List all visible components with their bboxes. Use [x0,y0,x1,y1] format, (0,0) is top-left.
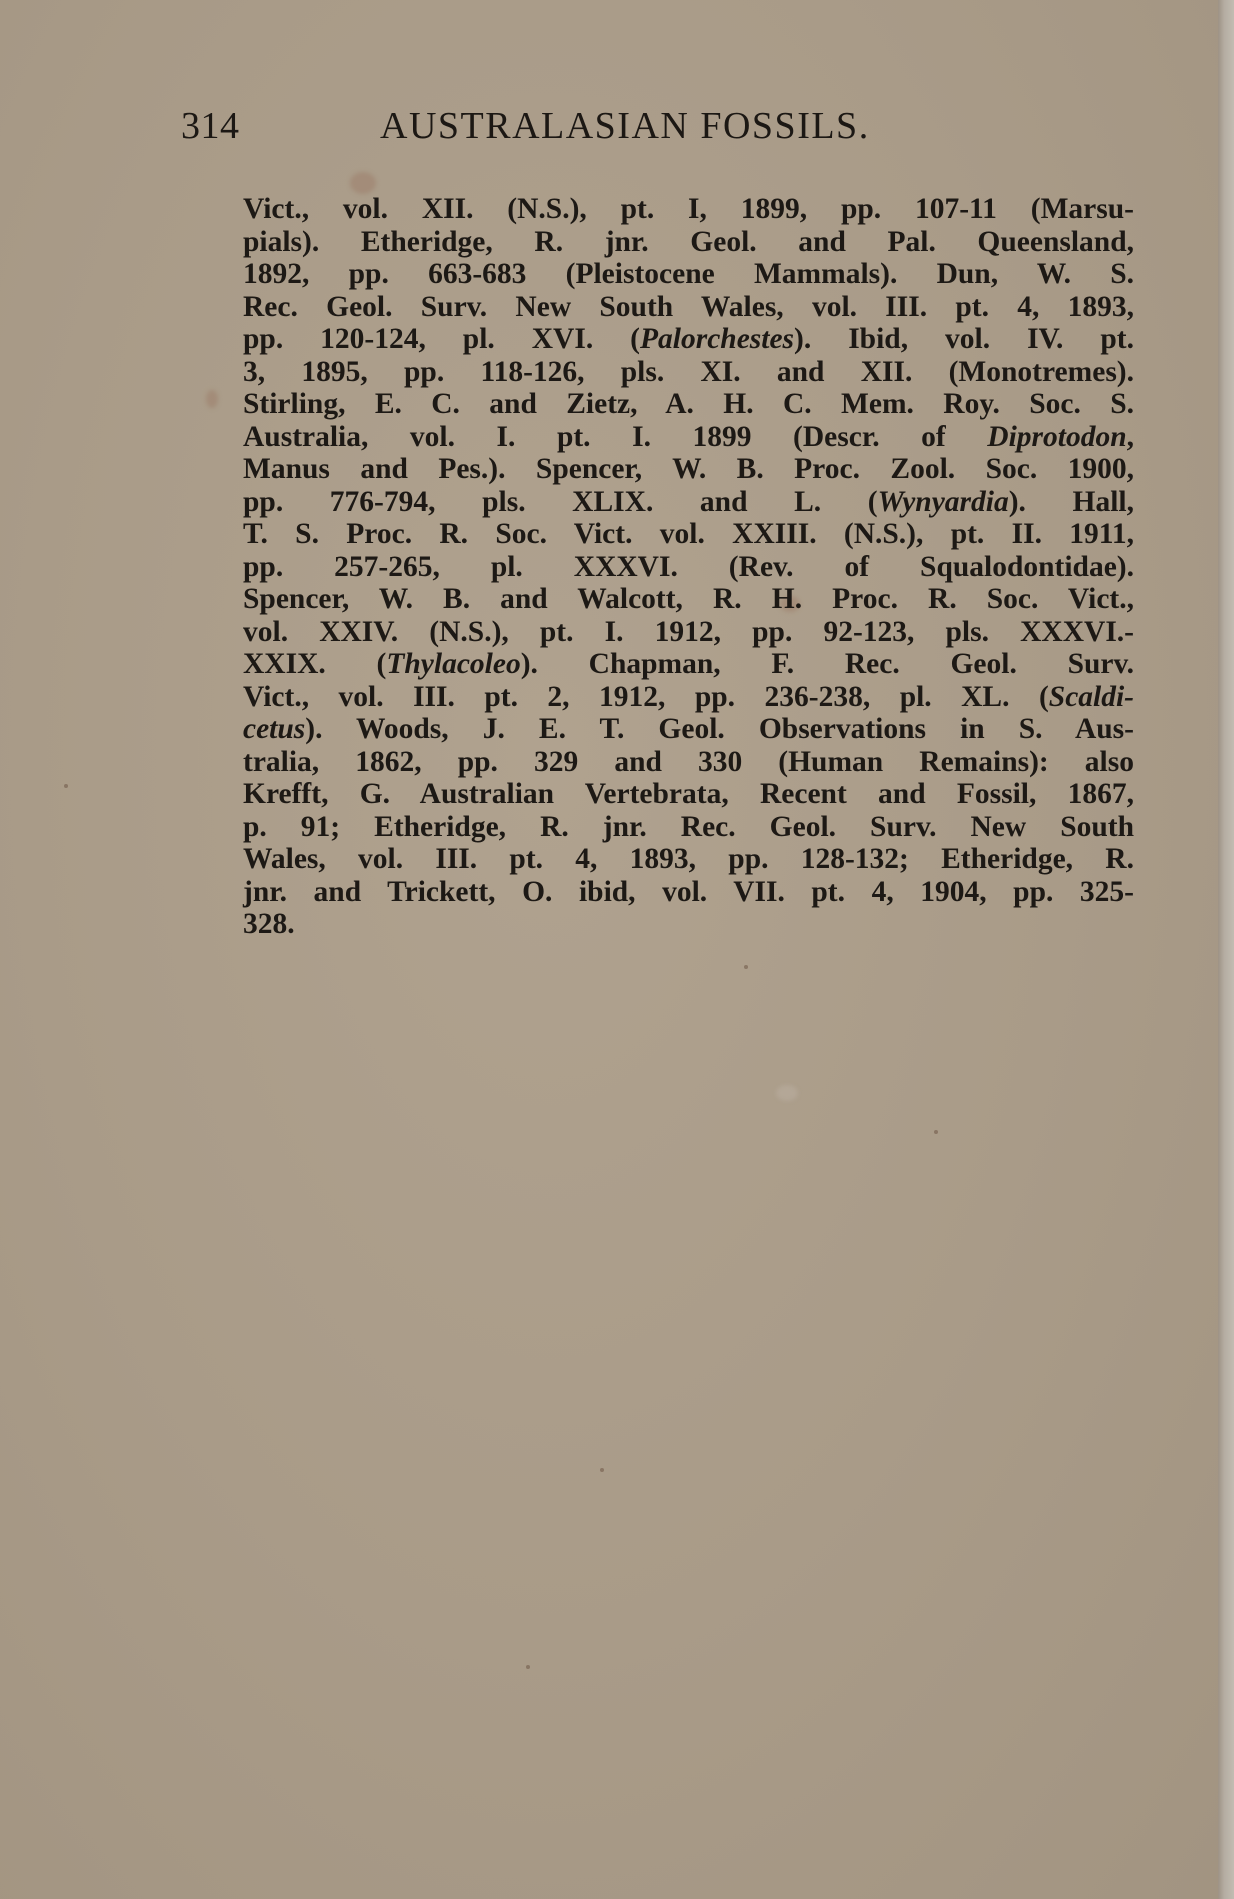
italic-taxon: Thylacoleo [386,648,520,680]
page-edge [1218,0,1234,1899]
text-run: ). Ibid, vol. IV. pt. [794,323,1134,355]
book-page: 314 AUSTRALASIAN FOSSILS. Vict., vol. XI… [0,0,1218,1899]
text-run: 3, 1895, pp. 118-126, pls. XI. and XII. … [243,356,1134,388]
text-line: Krefft, G. Australian Vertebrata, Recent… [243,778,1134,811]
italic-taxon: Scaldi- [1049,681,1134,713]
page-header: 314 AUSTRALASIAN FOSSILS. [181,104,1181,154]
text-line: Wales, vol. III. pt. 4, 1893, pp. 128-13… [243,843,1134,876]
text-line: Stirling, E. C. and Zietz, A. H. C. Mem.… [243,388,1134,421]
text-line: Vict., vol. III. pt. 2, 1912, pp. 236-23… [243,681,1134,714]
text-run: T. S. Proc. R. Soc. Vict. vol. XXIII. (N… [243,518,1134,550]
text-run: pp. 120-124, pl. XVI. ( [243,323,640,355]
text-run: p. 91; Etheridge, R. jnr. Rec. Geol. Sur… [243,811,1134,843]
text-run: 1892, pp. 663-683 (Pleistocene Mammals).… [243,258,1134,290]
text-run: vol. XXIV. (N.S.), pt. I. 1912, pp. 92-1… [243,616,1134,648]
text-line: Rec. Geol. Surv. New South Wales, vol. I… [243,291,1134,324]
text-run: 328. [243,908,295,940]
text-line: Vict., vol. XII. (N.S.), pt. I, 1899, pp… [243,193,1134,226]
text-line: pp. 120-124, pl. XVI. (Palorchestes). Ib… [243,323,1134,356]
text-run: ). Woods, J. E. T. Geol. Observations in… [305,713,1134,745]
text-run: ). Hall, [1009,486,1134,518]
text-run: Manus and Pes.). Spencer, W. B. Proc. Zo… [243,453,1134,485]
text-line: 328. [243,908,1134,941]
text-line: tralia, 1862, pp. 329 and 330 (Human Rem… [243,746,1134,779]
text-run: Vict., vol. III. pt. 2, 1912, pp. 236-23… [243,681,1049,713]
paper-speck [526,1665,530,1669]
text-line: cetus). Woods, J. E. T. Geol. Observatio… [243,713,1134,746]
text-line: Spencer, W. B. and Walcott, R. H. Proc. … [243,583,1134,616]
text-run: , [1127,421,1134,453]
text-line: pp. 776-794, pls. XLIX. and L. (Wynyardi… [243,486,1134,519]
text-line: 3, 1895, pp. 118-126, pls. XI. and XII. … [243,356,1134,389]
text-run: Wales, vol. III. pt. 4, 1893, pp. 128-13… [243,843,1134,875]
text-run: pials). Etheridge, R. jnr. Geol. and Pal… [243,226,1134,258]
text-line: Manus and Pes.). Spencer, W. B. Proc. Zo… [243,453,1134,486]
text-run: Australia, vol. I. pt. I. 1899 (Descr. o… [243,421,987,453]
text-line: jnr. and Trickett, O. ibid, vol. VII. pt… [243,876,1134,909]
italic-taxon: Palorchestes [640,323,794,355]
text-line: vol. XXIV. (N.S.), pt. I. 1912, pp. 92-1… [243,616,1134,649]
text-run: pp. 776-794, pls. XLIX. and L. ( [243,486,878,518]
paper-speck [934,1130,938,1134]
italic-taxon: cetus [243,713,305,745]
text-line: T. S. Proc. R. Soc. Vict. vol. XXIII. (N… [243,518,1134,551]
text-run: pp. 257-265, pl. XXXVI. (Rev. of Squalod… [243,551,1134,583]
text-run: ). Chapman, F. Rec. Geol. Surv. [521,648,1134,680]
paper-stain [776,1085,798,1101]
text-line: 1892, pp. 663-683 (Pleistocene Mammals).… [243,258,1134,291]
bibliography-paragraph: Vict., vol. XII. (N.S.), pt. I, 1899, pp… [243,193,1134,941]
text-run: jnr. and Trickett, O. ibid, vol. VII. pt… [243,876,1134,908]
text-line: p. 91; Etheridge, R. jnr. Rec. Geol. Sur… [243,811,1134,844]
text-run: Rec. Geol. Surv. New South Wales, vol. I… [243,291,1134,323]
paper-stain [350,172,376,194]
text-line: pp. 257-265, pl. XXXVI. (Rev. of Squalod… [243,551,1134,584]
page-number: 314 [181,104,240,148]
italic-taxon: Diprotodon [987,421,1126,453]
paper-speck [600,1468,604,1472]
text-run: Stirling, E. C. and Zietz, A. H. C. Mem.… [243,388,1134,420]
paper-speck [64,784,68,788]
running-title: AUSTRALASIAN FOSSILS. [380,104,870,148]
text-line: pials). Etheridge, R. jnr. Geol. and Pal… [243,226,1134,259]
text-run: Vict., vol. XII. (N.S.), pt. I, 1899, pp… [243,193,1134,225]
text-run: Krefft, G. Australian Vertebrata, Recent… [243,778,1134,810]
italic-taxon: Wynyardia [878,486,1009,518]
paper-stain [206,390,218,408]
text-line: XXIX. (Thylacoleo). Chapman, F. Rec. Geo… [243,648,1134,681]
paper-speck [744,965,748,969]
text-run: tralia, 1862, pp. 329 and 330 (Human Rem… [243,746,1134,778]
text-run: XXIX. ( [243,648,386,680]
text-run: Spencer, W. B. and Walcott, R. H. Proc. … [243,583,1134,615]
text-line: Australia, vol. I. pt. I. 1899 (Descr. o… [243,421,1134,454]
